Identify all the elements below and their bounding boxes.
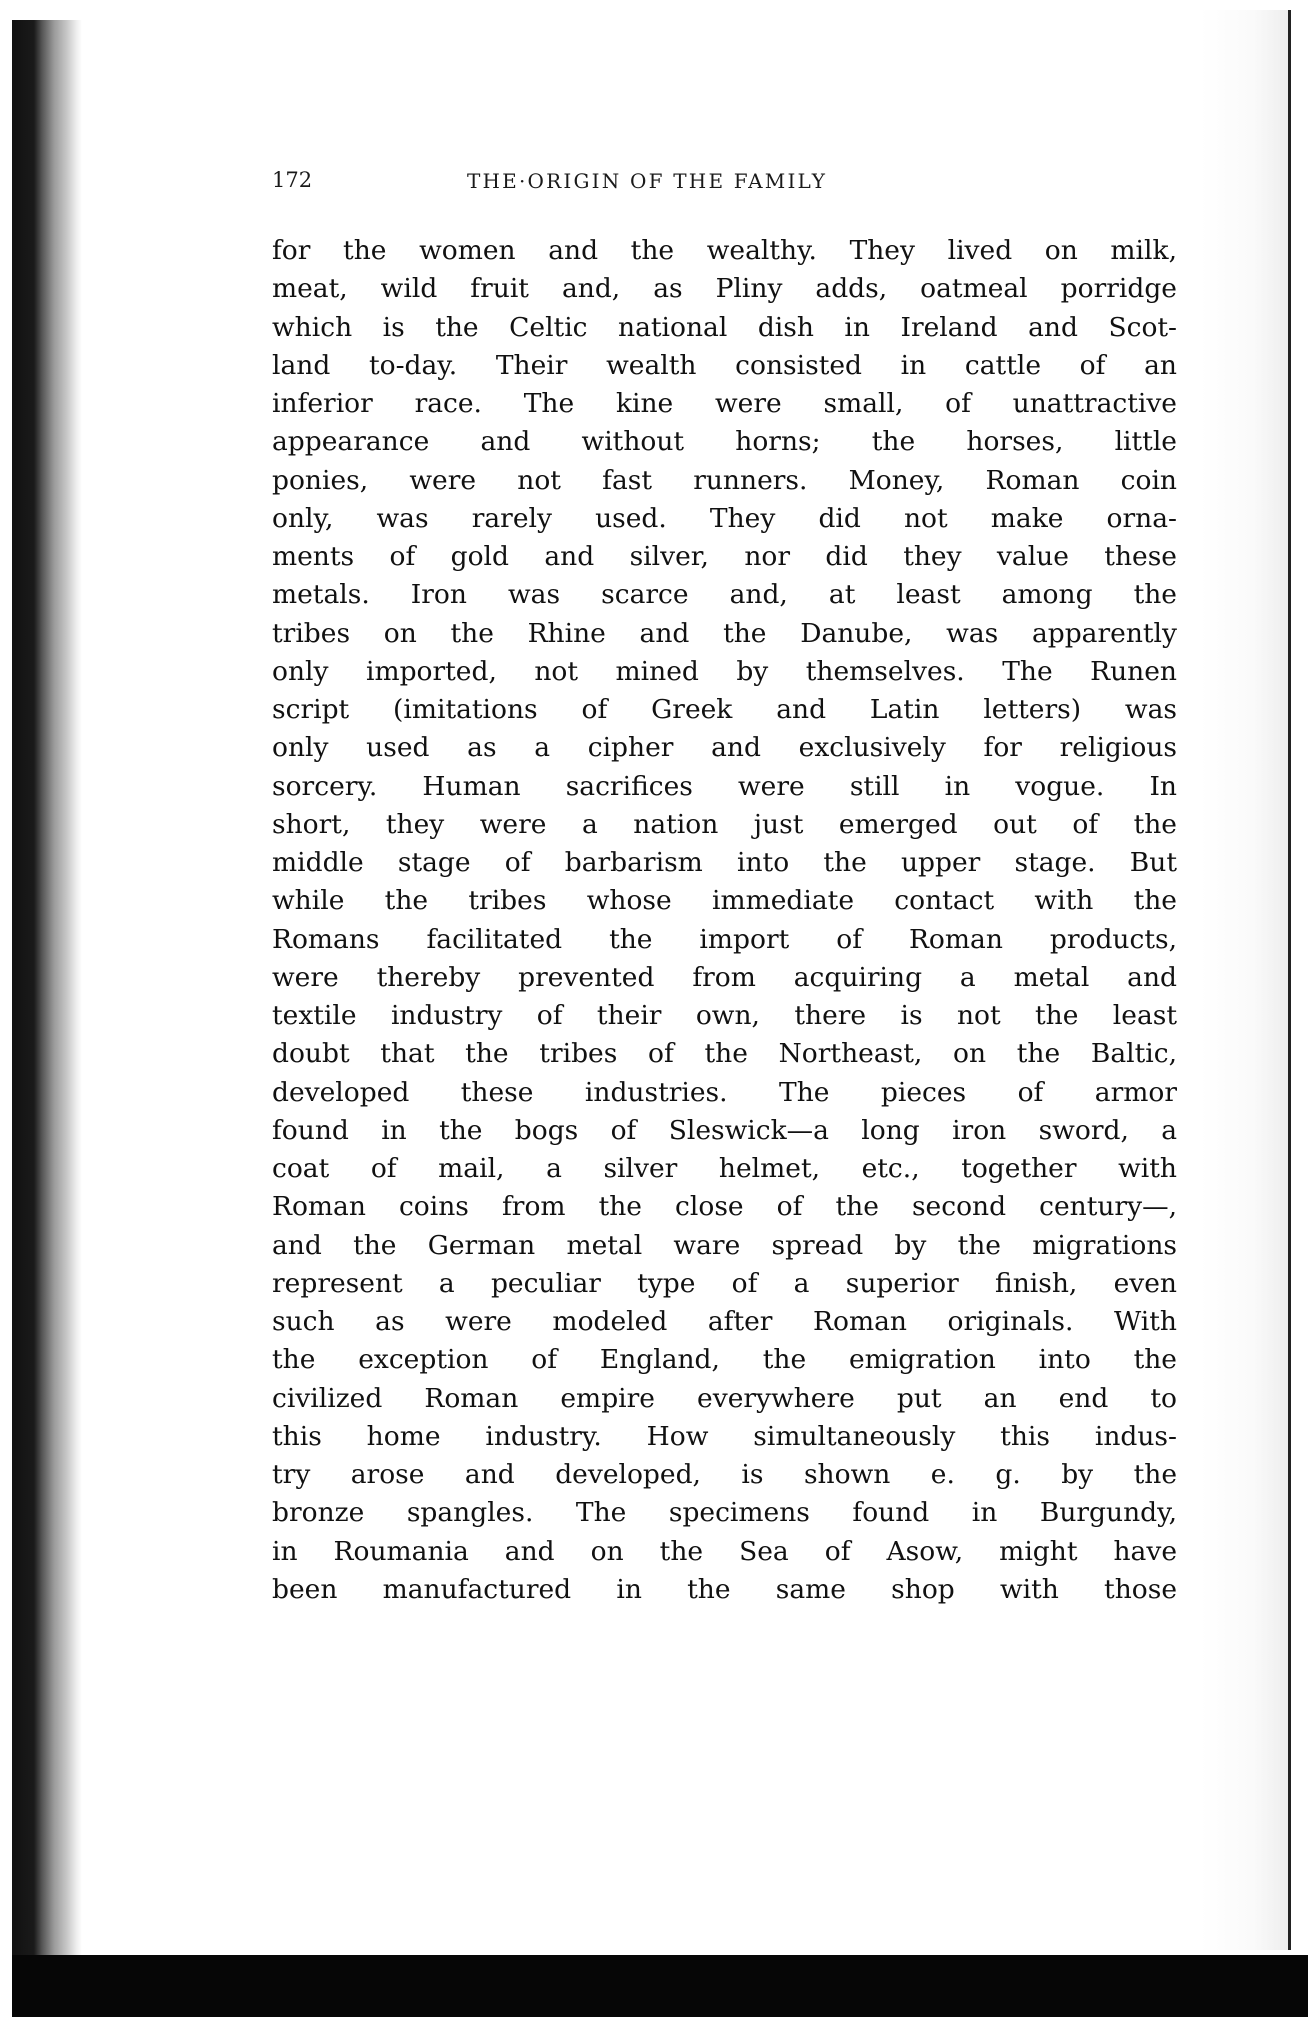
text-line: and the German metal ware spread by the … — [272, 1227, 1177, 1265]
text-line: sorcery. Human sacrifices were still in … — [272, 768, 1177, 806]
text-line: coat of mail, a silver helmet, etc., tog… — [272, 1150, 1177, 1188]
text-line: try arose and developed, is shown e. g. … — [272, 1456, 1177, 1494]
text-line: script (imitations of Greek and Latin le… — [272, 691, 1177, 729]
text-line: meat, wild fruit and, as Pliny adds, oat… — [272, 270, 1177, 308]
body-text: for the women and the wealthy. They live… — [272, 232, 1177, 1609]
scan-bottom-edge — [12, 1955, 1308, 2017]
text-line: tribes on the Rhine and the Danube, was … — [272, 615, 1177, 653]
text-line: metals. Iron was scarce and, at least am… — [272, 576, 1177, 614]
running-head-title: THE·ORIGIN OF THE FAMILY — [467, 169, 827, 193]
text-line: for the women and the wealthy. They live… — [272, 232, 1177, 270]
page-right-edge — [1288, 10, 1291, 1950]
text-line: only used as a cipher and exclusively fo… — [272, 729, 1177, 767]
text-line: only imported, not mined by themselves. … — [272, 653, 1177, 691]
text-line: were thereby prevented from acquiring a … — [272, 959, 1177, 997]
text-line: been manufactured in the same shop with … — [272, 1571, 1177, 1609]
text-line: middle stage of barbarism into the upper… — [272, 844, 1177, 882]
text-line: ponies, were not fast runners. Money, Ro… — [272, 462, 1177, 500]
text-line: civilized Roman empire everywhere put an… — [272, 1380, 1177, 1418]
text-line: such as were modeled after Roman origina… — [272, 1303, 1177, 1341]
text-line: the exception of England, the emigration… — [272, 1341, 1177, 1379]
text-line: found in the bogs of Sleswick—a long iro… — [272, 1112, 1177, 1150]
page-edge-shade — [1200, 10, 1288, 1950]
book-page: 172 THE·ORIGIN OF THE FAMILY for the wom… — [0, 0, 1308, 2017]
text-line: which is the Celtic national dish in Ire… — [272, 309, 1177, 347]
text-line: represent a peculiar type of a superior … — [272, 1265, 1177, 1303]
text-line: appearance and without horns; the horses… — [272, 423, 1177, 461]
text-line: in Roumania and on the Sea of Asow, migh… — [272, 1533, 1177, 1571]
text-line: bronze spangles. The specimens found in … — [272, 1494, 1177, 1532]
text-line: land to-day. Their wealth consisted in c… — [272, 347, 1177, 385]
text-line: this home industry. How simultaneously t… — [272, 1418, 1177, 1456]
text-line: textile industry of their own, there is … — [272, 997, 1177, 1035]
text-line: while the tribes whose immediate contact… — [272, 882, 1177, 920]
text-line: doubt that the tribes of the Northeast, … — [272, 1035, 1177, 1073]
text-line: Roman coins from the close of the second… — [272, 1188, 1177, 1226]
text-line: developed these industries. The pieces o… — [272, 1074, 1177, 1112]
text-line: only, was rarely used. They did not make… — [272, 500, 1177, 538]
running-head: 172 THE·ORIGIN OF THE FAMILY — [272, 168, 1177, 202]
text-line: short, they were a nation just emerged o… — [272, 806, 1177, 844]
page-number: 172 — [272, 168, 312, 192]
text-line: inferior race. The kine were small, of u… — [272, 385, 1177, 423]
text-line: ments of gold and silver, nor did they v… — [272, 538, 1177, 576]
binding-gutter-shadow — [12, 20, 82, 1960]
text-line: Romans facilitated the import of Roman p… — [272, 921, 1177, 959]
